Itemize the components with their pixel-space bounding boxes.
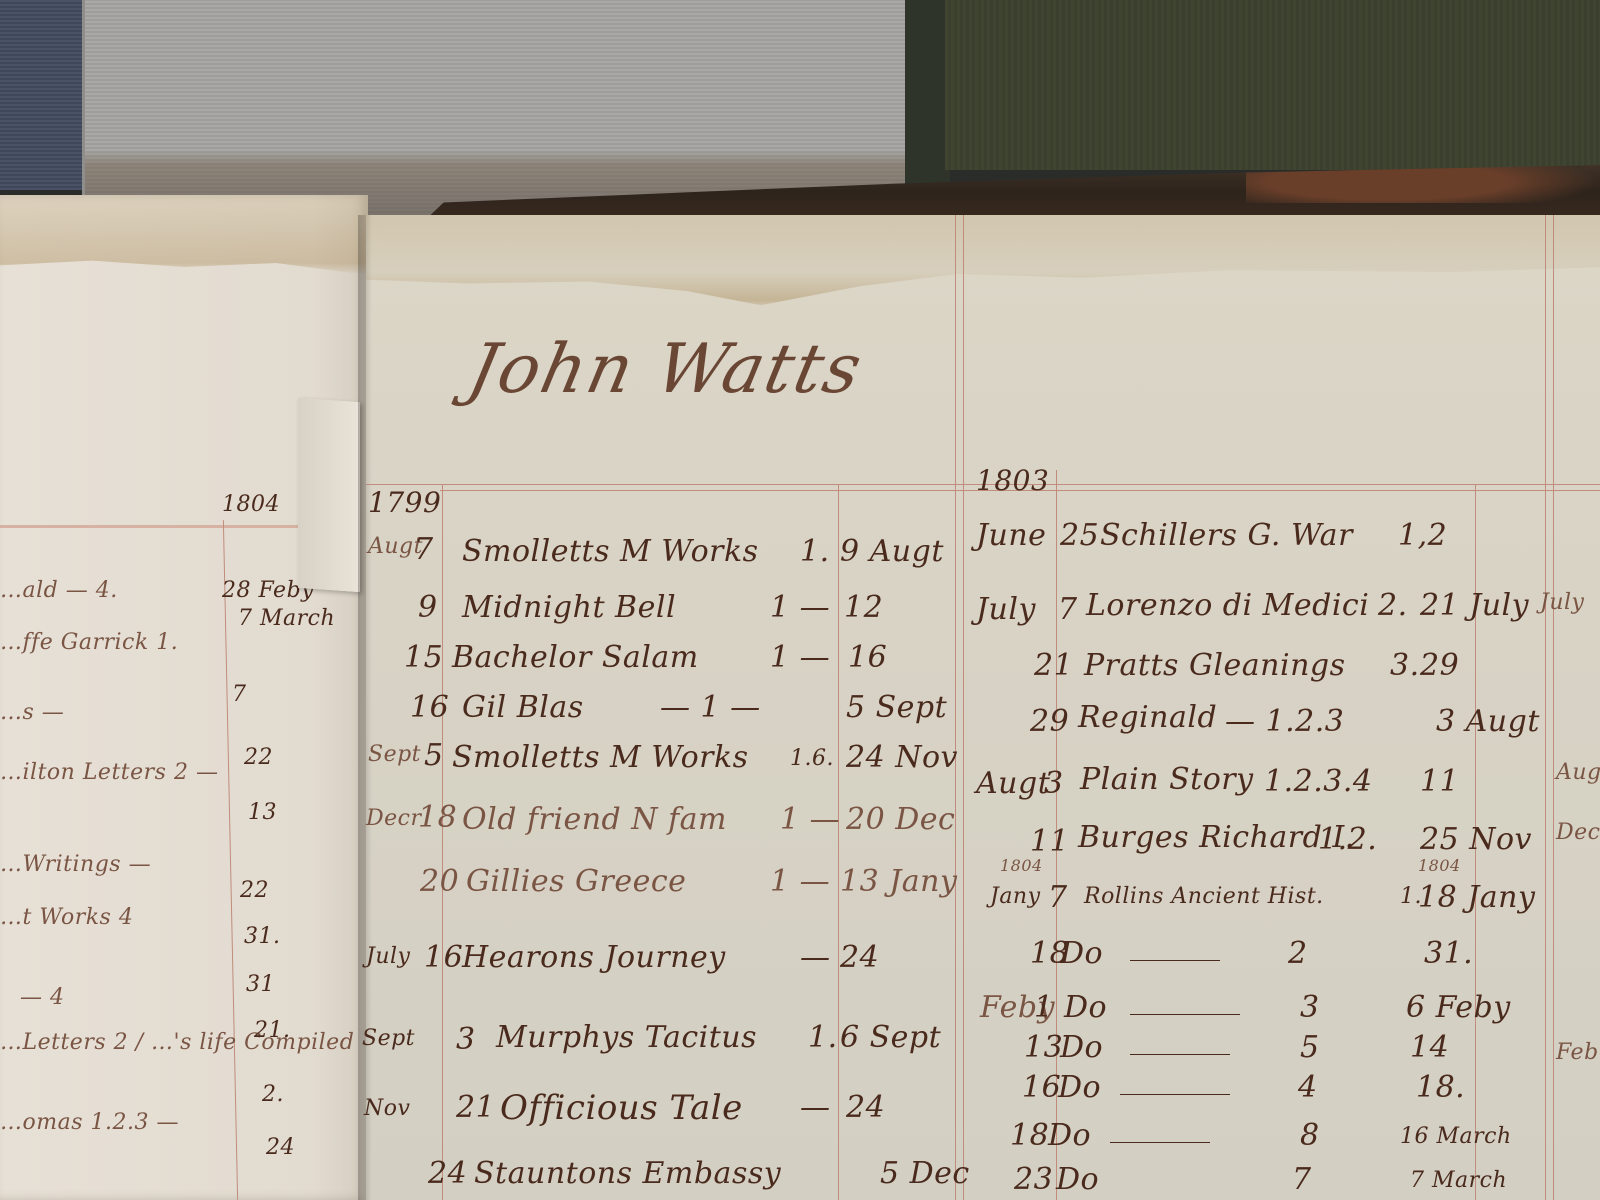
entry-title: Hearons Journey xyxy=(462,940,726,975)
left-return-date: 13 xyxy=(248,800,277,825)
entry-return: 16 xyxy=(848,640,887,675)
page-center-rule-b xyxy=(963,215,964,1200)
entry-month: Decr xyxy=(366,806,422,831)
entry-title: Bachelor Salam xyxy=(452,640,699,675)
entry-volumes: 1.6. xyxy=(790,746,834,771)
entry-return: 6 Sept xyxy=(840,1020,941,1055)
entry-day: 3 xyxy=(456,1022,476,1057)
entry-day: 7 xyxy=(414,532,434,567)
left-return-date: 2. xyxy=(262,1082,284,1107)
entry-day: 9 xyxy=(418,590,438,625)
entry-return: 3 Augt xyxy=(1436,704,1540,739)
entry-title: Lorenzo di Medici xyxy=(1086,588,1369,623)
entry-volumes: 1. xyxy=(800,534,830,569)
left-title-fragment: …ald — 4. xyxy=(0,578,118,603)
entry-volumes: — 1 — xyxy=(660,690,761,725)
entry-day: 11 xyxy=(1030,824,1069,859)
entry-title: Do xyxy=(1060,1030,1103,1065)
entry-title: Do xyxy=(1060,936,1103,971)
entry-return: 18. xyxy=(1416,1070,1465,1105)
entry-volumes: 4 xyxy=(1298,1070,1318,1105)
entry-title: Pratts Gleanings xyxy=(1084,648,1346,683)
year-header: 1803 xyxy=(976,464,1049,497)
entry-day: 1 xyxy=(1034,990,1054,1025)
entry-day: 21 xyxy=(456,1090,495,1125)
entry-volumes: 1.2. xyxy=(1318,822,1377,857)
entry-day: 16 xyxy=(424,940,463,975)
left-return-date: 31 xyxy=(246,972,275,997)
left-title-fragment: …ilton Letters 2 — xyxy=(0,760,218,785)
entry-return: 24 xyxy=(846,1090,885,1125)
entry-day: 7 xyxy=(1058,592,1078,627)
entry-volumes: 3. xyxy=(1390,648,1420,683)
year-note: 1804 xyxy=(1418,856,1461,875)
entry-title: Reginald xyxy=(1078,700,1217,735)
entry-day: 13 xyxy=(1024,1030,1063,1065)
left-title-fragment: …Letters 2 / …'s life Compiled xyxy=(0,1030,354,1055)
entry-return: 9 Augt xyxy=(840,534,944,569)
entry-volumes: 3 xyxy=(1300,990,1320,1025)
entry-volumes: 8 xyxy=(1300,1118,1320,1153)
entry-title: Gil Blas xyxy=(462,690,584,725)
left-return-date: 7 xyxy=(232,682,247,707)
return-column-rule xyxy=(838,484,839,1200)
entry-day: 24 xyxy=(428,1156,467,1191)
entry-day: 3 xyxy=(1044,766,1064,801)
entry-day: 5 xyxy=(424,738,444,773)
entry-month: June xyxy=(976,518,1046,553)
ditto-dash xyxy=(1110,1142,1210,1143)
green-book-cover xyxy=(945,0,1600,170)
entry-return: 5 Sept xyxy=(846,690,947,725)
left-return-date: 7 March xyxy=(238,606,335,631)
ditto-dash xyxy=(1120,1094,1230,1095)
left-title-fragment: — 4 xyxy=(20,985,65,1010)
entry-return: 14 xyxy=(1410,1030,1449,1065)
entry-return: 25 Nov xyxy=(1420,822,1532,857)
entry-return: 5 Dec xyxy=(880,1156,970,1191)
entry-day: 15 xyxy=(404,640,443,675)
entry-month: July xyxy=(976,592,1036,627)
entry-title: Plain Story xyxy=(1080,762,1254,797)
entry-volumes: 1 — xyxy=(770,640,830,675)
left-page-header-rule xyxy=(0,525,300,528)
entry-title: Smolletts M Works xyxy=(462,534,759,569)
entry-day: 23 xyxy=(1014,1162,1053,1197)
entry-volumes: — xyxy=(800,940,831,975)
entry-volumes: 1. xyxy=(808,1020,838,1055)
entry-day: 25 xyxy=(1060,518,1099,553)
left-return-date: 22 xyxy=(240,878,269,903)
ditto-dash xyxy=(1130,960,1220,961)
entry-title: Do xyxy=(1064,990,1107,1025)
edge-fragment: July xyxy=(1540,590,1584,615)
entry-title: Schillers G. War xyxy=(1100,518,1353,553)
page-edge-rule-a xyxy=(1545,215,1546,1200)
entry-month: July xyxy=(366,944,410,969)
entry-day: 18 xyxy=(418,800,457,835)
book-gutter-shadow xyxy=(358,215,372,1200)
entry-day: 7 xyxy=(1048,880,1068,915)
entry-volumes: 1 — xyxy=(770,590,830,625)
entry-title: Officious Tale xyxy=(500,1088,743,1128)
entry-title: Smolletts M Works xyxy=(452,740,749,775)
page-edge-rule-b xyxy=(1553,215,1554,1200)
entry-month: Sept xyxy=(368,742,421,767)
entry-return: 16 March xyxy=(1400,1124,1512,1149)
date-column-rule xyxy=(442,484,443,1200)
page-center-rule-a xyxy=(955,215,956,1200)
entry-return: 24 Nov xyxy=(846,740,958,775)
edge-fragment: Dec xyxy=(1556,820,1600,845)
entry-month: Augt xyxy=(976,766,1050,801)
entry-return: 7 March xyxy=(1410,1168,1507,1193)
entry-return: 11 xyxy=(1420,764,1459,799)
entry-return: 18 Jany xyxy=(1418,880,1535,915)
year-header: 1799 xyxy=(368,486,441,519)
entry-title: Rollins Ancient Hist. xyxy=(1084,884,1324,909)
entry-title: Stauntons Embassy xyxy=(474,1156,781,1191)
entry-day: 20 xyxy=(420,864,459,899)
grey-cloth-book-cover xyxy=(82,0,910,215)
cover-shadow-gap xyxy=(905,0,950,200)
entry-day: 21 xyxy=(1034,648,1073,683)
torn-page-flap xyxy=(298,398,360,592)
left-return-date: 24 xyxy=(266,1135,295,1160)
year-note: 1804 xyxy=(1000,856,1043,875)
entry-title: Midnight Bell xyxy=(462,590,676,625)
entry-return: 31. xyxy=(1424,936,1473,971)
entry-title: Murphys Tacitus xyxy=(496,1020,757,1055)
entry-volumes: — 1.2.3 xyxy=(1225,704,1344,739)
entry-return: 29 xyxy=(1420,648,1459,683)
entry-volumes: 2. xyxy=(1378,588,1408,623)
entry-day: 18 xyxy=(1010,1118,1049,1153)
left-title-fragment: …s — xyxy=(0,700,64,725)
entry-return: 20 Dec xyxy=(846,802,955,837)
entry-day: 29 xyxy=(1030,704,1069,739)
entry-volumes: 2 xyxy=(1288,936,1308,971)
entry-title: Do xyxy=(1048,1118,1091,1153)
entry-return: 12 xyxy=(844,590,883,625)
entry-return: 21 July xyxy=(1420,588,1529,623)
entry-volumes: 1.2.3.4 xyxy=(1264,764,1372,799)
entry-month: Jany xyxy=(990,884,1041,909)
ditto-dash xyxy=(1130,1054,1230,1055)
entry-title: Burges Richard I. xyxy=(1078,820,1355,855)
entry-day: 16 xyxy=(1022,1070,1061,1105)
entry-title: Old friend N fam xyxy=(462,802,727,837)
entry-return: 24 xyxy=(840,940,879,975)
entry-title: Do xyxy=(1056,1162,1099,1197)
entry-month: Sept xyxy=(362,1026,415,1051)
entry-day: 16 xyxy=(410,690,449,725)
entry-volumes: — xyxy=(800,1090,831,1125)
entry-volumes: 5 xyxy=(1300,1030,1320,1065)
entry-volumes: 1 — xyxy=(770,864,830,899)
entry-title: Gillies Greece xyxy=(466,864,686,899)
entry-volumes: 1 — xyxy=(780,802,840,837)
ditto-dash xyxy=(1130,1014,1240,1015)
left-return-date: 21. xyxy=(254,1018,291,1043)
entry-return: 13 Jany xyxy=(840,864,957,899)
entry-volumes: 7 xyxy=(1292,1162,1312,1197)
account-holder-name: John Watts xyxy=(462,330,870,409)
left-title-fragment: …omas 1.2.3 — xyxy=(0,1110,179,1135)
edge-fragment: Feb xyxy=(1556,1040,1599,1065)
left-return-date: 31. xyxy=(244,924,281,949)
left-title-fragment: …ffe Garrick 1. xyxy=(0,630,178,655)
left-title-fragment: …t Works 4 xyxy=(0,905,133,930)
entry-title: Do xyxy=(1058,1070,1101,1105)
entry-month: Nov xyxy=(364,1096,410,1121)
edge-fragment: Aug xyxy=(1556,760,1600,785)
entry-volumes: 1,2 xyxy=(1398,518,1447,553)
entry-return: 6 Feby xyxy=(1406,990,1511,1025)
left-return-date: 22 xyxy=(244,745,273,770)
left-year-header: 1804 xyxy=(222,492,280,517)
left-title-fragment: …Writings — xyxy=(0,852,151,877)
